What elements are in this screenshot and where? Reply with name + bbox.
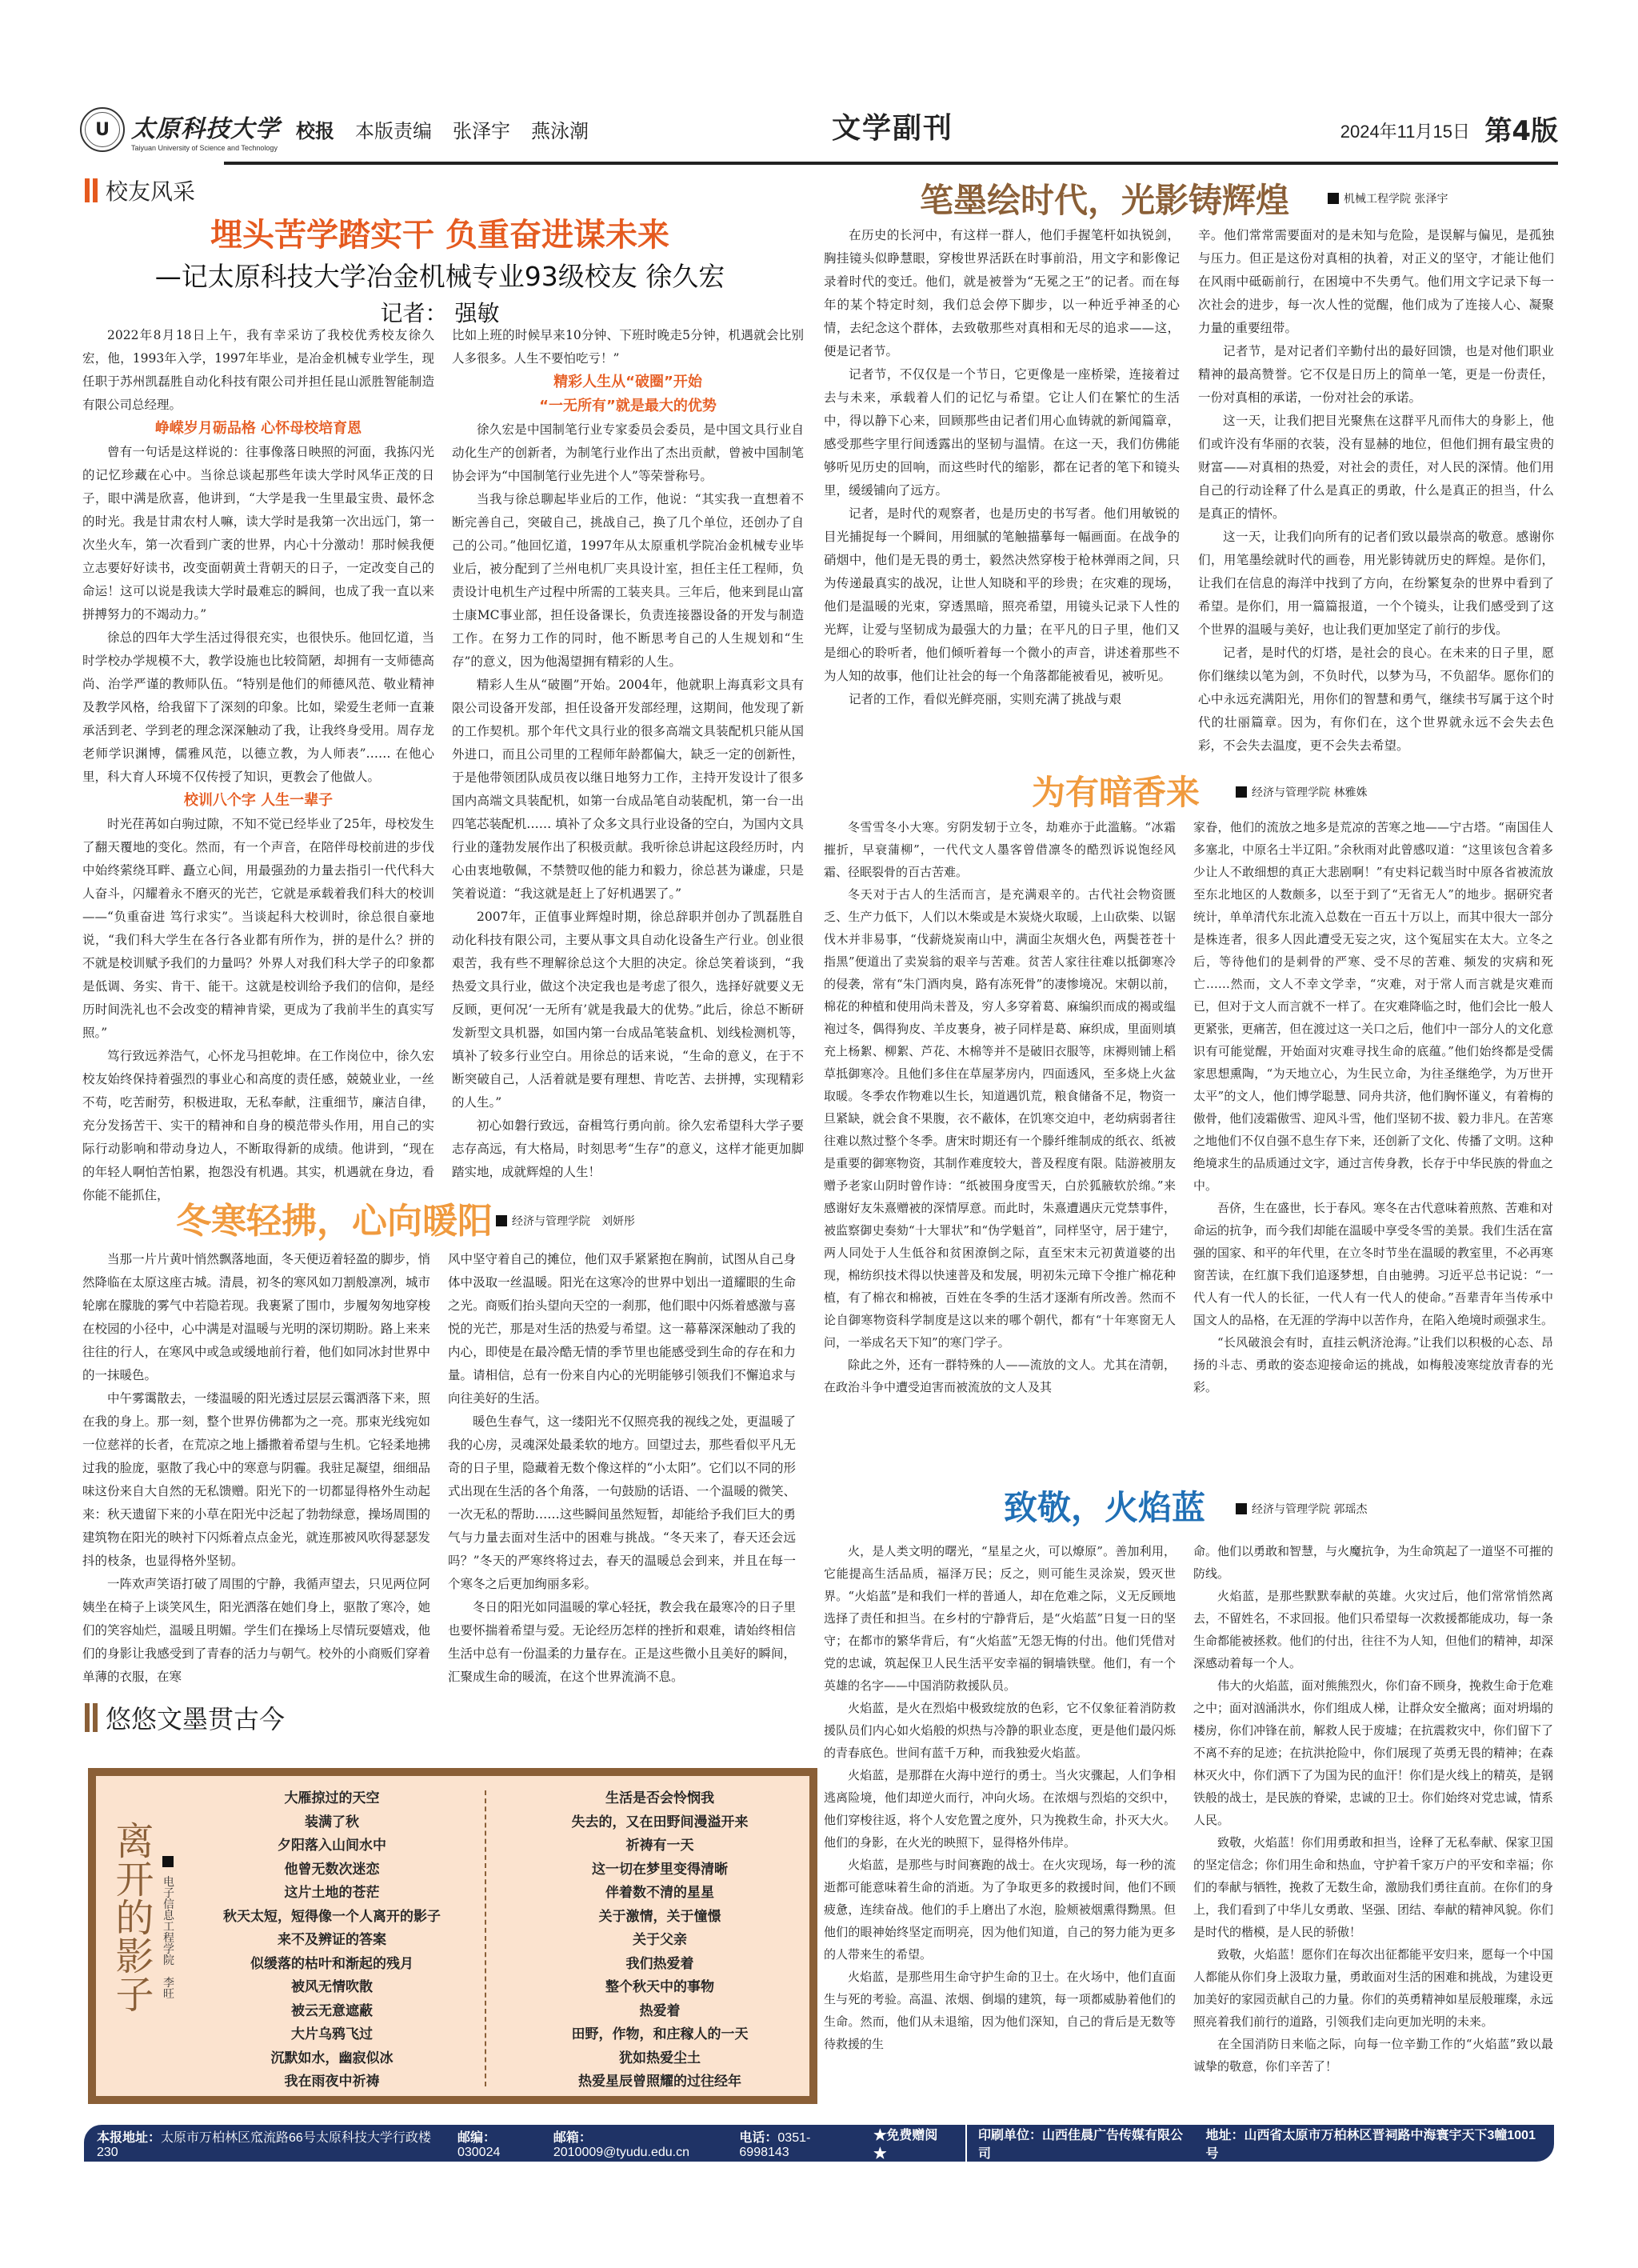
article-paragraph: 中午雾霭散去，一缕温暖的阳光透过层层云霭洒落下来，照在我的身上。那一刻，整个世界…	[82, 1387, 430, 1573]
masthead: U 太原科技大学 Taiyuan University of Science a…	[80, 104, 1558, 168]
article4-byline: 经济与管理学院 林雅姝	[1236, 784, 1367, 800]
poem-line: 他曾无数次迷恋	[184, 1858, 480, 1882]
poem-line: 祈祷有一天	[512, 1834, 808, 1858]
poem-frame: 离开的影子 电子信息工程学院 李旺 大雁掠过的天空装满了秋夕阳落入山间水中他曾无…	[88, 1768, 817, 2104]
article-paragraph: 风中坚守着自己的摊位，他们双手紧紧抱在胸前，试图从自己身体中汲取一丝温暖。阳光在…	[448, 1248, 796, 1410]
article-paragraph: 火，是人类文明的曙光，“星星之火，可以燎原”。善加利用，它能提高生活品质，福泽万…	[824, 1540, 1176, 1697]
footer-free: ★免费赠阅★	[873, 2125, 948, 2162]
poem-panel: 离开的影子 电子信息工程学院 李旺 大雁掠过的天空装满了秋夕阳落入山间水中他曾无…	[96, 1776, 809, 2096]
university-seal-icon: U	[80, 107, 125, 152]
poem-line: 这片土地的苍茫	[184, 1882, 480, 1906]
article-paragraph: 冬日的阳光如同温暖的掌心轻抚，教会我在最寒冷的日子里也要怀揣着希望与爱。无论经历…	[448, 1596, 796, 1689]
article4-column-1: 冬雪雪冬小大寒。穷阴发轫于立冬，劫难亦于此滥觞。“冰霜摧折，早衰蒲柳”，一代代文…	[824, 816, 1176, 1398]
article-subheading: “一无所有”就是最大的优势	[452, 394, 804, 418]
article-paragraph: 当我与徐总聊起毕业后的工作，他说：“其实我一直想着不断完善自己，突破自己，挑战自…	[452, 488, 804, 674]
poem-line: 关于激情，关于憧憬	[512, 1906, 808, 1930]
article-paragraph: 当那一片片黄叶悄然飘落地面，冬天便迈着轻盈的脚步，悄然降临在太原这座古城。清晨，…	[82, 1248, 430, 1387]
article-paragraph: 记者节，是对记者们辛勤付出的最好回馈，也是对他们职业精神的最高赞誉。它不仅是日历…	[1198, 340, 1554, 410]
byline-square-icon	[162, 1856, 174, 1867]
poem-line: 被风无情吹散	[184, 1976, 480, 2000]
article5-title: 致敬，火焰蓝	[1004, 1482, 1205, 1530]
footer-email[interactable]: 邮箱：2010009@tyudu.edu.cn	[553, 2127, 722, 2160]
article-paragraph: 记者，是时代的灯塔，是社会的良心。在未来的日子里，愿你们继续以笔为剑，不负时代，…	[1198, 642, 1554, 758]
issue-date: 2024年11月15日	[1340, 118, 1470, 143]
article4-column-2: 家眷，他们的流放之地多是荒凉的苦寒之地——宁古塔。“南国佳人多塞北，中原名士半辽…	[1193, 816, 1553, 1398]
poem-line: 来不及辨证的答案	[184, 1929, 480, 1953]
article5-column-2: 命。他们以勇敢和智慧，与火魔抗争，为生命筑起了一道坚不可摧的防线。火焰蓝，是那些…	[1193, 1540, 1553, 2078]
article-paragraph: 火焰蓝，是那些与时间赛跑的战士。在火灾现场，每一秒的流逝都可能意味着生命的消逝。…	[824, 1854, 1176, 1966]
article-paragraph: 火焰蓝，是那些默默奉献的英雄。火灾过后，他们常常悄然离去，不留姓名，不求回报。他…	[1193, 1585, 1553, 1674]
poem-line: 整个秋天中的事物	[512, 1976, 808, 2000]
article-paragraph: 2022年8月18日上午，我有幸采访了我校优秀校友徐久宏，他，1993年入学，1…	[82, 324, 434, 417]
poem-line: 秋天太短，短得像一个人离开的影子	[184, 1906, 480, 1930]
poem-line: 这一切在梦里变得清晰	[512, 1858, 808, 1882]
footer-address: 本报地址：太原市万柏林区窊流路66号太原科技大学行政楼230	[97, 2127, 440, 2160]
article-paragraph: 记者的工作，看似光鲜亮丽，实则充满了挑战与艰	[824, 688, 1180, 711]
footer-divider	[965, 2125, 967, 2162]
university-name: 太原科技大学	[131, 109, 280, 144]
article1-column-2: 比如上班的时候早来10分钟、下班时晚走5分钟，机遇就会比别人多很多。人生不要怕吃…	[452, 324, 804, 1184]
section-bars-icon	[85, 178, 98, 202]
article-paragraph: 火焰蓝，是火在烈焰中极致绽放的色彩，它不仅象征着消防救援队员们内心如火焰般的炽热…	[824, 1697, 1176, 1764]
article-paragraph: 致敬，火焰蓝！愿你们在每次出征都能平安归来，愿每一个中国人都能从你们身上汲取力量…	[1193, 1943, 1553, 2033]
section-title: 文学副刊	[832, 106, 953, 146]
poem-line: 失去的，又在田野间漫溢开来	[512, 1811, 808, 1835]
poem-line: 被云无意遮蔽	[184, 2000, 480, 2024]
poem-column-1: 大雁掠过的天空装满了秋夕阳落入山间水中他曾无数次迷恋这片土地的苍茫秋天太短，短得…	[184, 1787, 480, 2094]
section-tag-alumni: 校友风采	[85, 174, 195, 206]
article-paragraph: 吾侪，生在盛世，长于春风。寒冬在古代意味着煎熬、苦难和对命运的抗争，而今我们却能…	[1193, 1197, 1553, 1331]
article1-reporter: 记者： 强敏	[80, 296, 800, 328]
article-paragraph: 记者节，不仅仅是一个节日，它更像是一座桥梁，连接着过去与未来，承载着人们的记忆与…	[824, 363, 1180, 502]
article-paragraph: 辛。他们常常需要面对的是未知与危险，是误解与偏见，是孤独与压力。但正是这份对真相…	[1198, 224, 1554, 340]
footer-postcode: 邮编：030024	[457, 2127, 536, 2160]
article2-column-2: 辛。他们常常需要面对的是未知与危险，是误解与偏见，是孤独与压力。但正是这份对真相…	[1198, 224, 1554, 758]
article-paragraph: 火焰蓝，是那些用生命守护生命的卫士。在火场中，他们直面生与死的考验。高温、浓烟、…	[824, 1966, 1176, 2055]
poem-line: 热爱着	[512, 2000, 808, 2024]
article-paragraph: 家眷，他们的流放之地多是荒凉的苦寒之地——宁古塔。“南国佳人多塞北，中原名士半辽…	[1193, 816, 1553, 1197]
article2-byline: 机械工程学院 张泽宇	[1328, 190, 1448, 206]
article-paragraph: 这一天，让我们向所有的记者们致以最崇高的敬意。感谢你们，用笔墨绘就时代的画卷，用…	[1198, 526, 1554, 642]
poem-line: 大雁掠过的天空	[184, 1787, 480, 1811]
page-number: 第4版	[1484, 109, 1558, 148]
poem-line: 我在雨夜中祈祷	[184, 2070, 480, 2094]
footer-printer-address: 地址：山西省太原市万柏林区晋祠路中海寰宇天下3幢1001号	[1205, 2125, 1536, 2162]
section-tag-poetry: 悠悠文墨贯古今	[85, 1699, 285, 1736]
article-paragraph: 暖色生春气，这一缕阳光不仅照亮我的视线之处，更温暖了我的心房，灵魂深处最柔软的地…	[448, 1410, 796, 1596]
article-paragraph: 笃行致远养浩气，心怀龙马担乾坤。在工作岗位中，徐久宏校友始终保持着强烈的事业心和…	[82, 1045, 434, 1207]
article-paragraph: 除此之外，还有一群特殊的人——流放的文人。尤其在清朝，在政治斗争中遭受迫害而被流…	[824, 1354, 1176, 1398]
article-paragraph: 冬天对于古人的生活而言，是充满艰辛的。古代社会物资匮乏、生产力低下，人们以木柴或…	[824, 883, 1176, 1354]
article-paragraph: 致敬，火焰蓝！你们用勇敢和担当，诠释了无私奉献、保家卫国的坚定信念；你们用生命和…	[1193, 1831, 1553, 1943]
poem-column-2: 生活是否会怜悯我失去的，又在田野间漫溢开来祈祷有一天这一切在梦里变得清晰伴着数不…	[512, 1787, 808, 2094]
poem-line: 生活是否会怜悯我	[512, 1787, 808, 1811]
article-paragraph: 一阵欢声笑语打破了周围的宁静，我循声望去，只见两位阿姨坐在椅子上谈笑风生，阳光洒…	[82, 1573, 430, 1689]
paper-name: 校报	[296, 115, 334, 143]
article-paragraph: 徐久宏是中国制笔行业专家委员会委员，是中国文具行业自动化生产的创新者，为制笔行业…	[452, 418, 804, 488]
footer-bar: 本报地址：太原市万柏林区窊流路66号太原科技大学行政楼230 邮编：030024…	[84, 2125, 1554, 2162]
editor-label: 本版责编	[355, 115, 432, 143]
article-subheading: 校训八个字 人生一辈子	[82, 789, 434, 813]
byline-square-icon	[496, 1215, 507, 1226]
article1-title: 埋头苦学踏实干 负重奋进谋未来	[80, 210, 800, 255]
article-paragraph: 这一天，让我们把目光聚焦在这群平凡而伟大的身影上，他们或许没有华丽的衣装，没有显…	[1198, 410, 1554, 526]
section-bars-icon	[85, 1703, 98, 1732]
poem-title: 离开的影子	[110, 1821, 158, 2013]
article-paragraph: 记者，是时代的观察者，也是历史的书写者。他们用敏锐的目光捕捉每一个瞬间，用细腻的…	[824, 502, 1180, 688]
article-paragraph: 伟大的火焰蓝，面对熊熊烈火，你们奋不顾身，挽救生命于危难之中；面对汹涌洪水，你们…	[1193, 1674, 1553, 1831]
editor-name: 燕泳潮	[531, 115, 589, 143]
article-paragraph: 冬雪雪冬小大寒。穷阴发轫于立冬，劫难亦于此滥觞。“冰霜摧折，早衰蒲柳”，一代代文…	[824, 816, 1176, 883]
article-subheading: 峥嵘岁月砺品格 心怀母校培育恩	[82, 417, 434, 441]
poem-line: 伴着数不清的星星	[512, 1882, 808, 1906]
article1-column-1: 2022年8月18日上午，我有幸采访了我校优秀校友徐久宏，他，1993年入学，1…	[82, 324, 434, 1207]
poem-line: 关于父亲	[512, 1929, 808, 1953]
article-paragraph: 徐总的四年大学生活过得很充实，也很快乐。他回忆道，当时学校办学规模不大，教学设施…	[82, 626, 434, 789]
article2-title: 笔墨绘时代，光影铸辉煌	[920, 174, 1289, 222]
article1-subtitle: —记太原科技大学冶金机械专业93级校友 徐久宏	[80, 256, 800, 294]
article5-byline: 经济与管理学院 郭瑶杰	[1236, 1501, 1367, 1517]
section-tag-label: 悠悠文墨贯古今	[106, 1699, 285, 1736]
article-paragraph: 在全国消防日来临之际，向每一位辛勤工作的“火焰蓝”致以最诚挚的敬意，你们辛苦了！	[1193, 2033, 1553, 2078]
poem-line: 热爱星辰曾照耀的过往经年	[512, 2070, 808, 2094]
article-paragraph: 在历史的长河中，有这样一群人，他们手握笔杆如执锐剑，胸挂镜头似睁慧眼，穿梭世界活…	[824, 224, 1180, 363]
article-paragraph: “长风破浪会有时，直挂云帆济沧海。”让我们以积极的心态、昂扬的斗志、勇敢的姿态迎…	[1193, 1331, 1553, 1398]
university-name-en: Taiyuan University of Science and Techno…	[131, 144, 278, 152]
article-paragraph: 比如上班的时候早来10分钟、下班时晚走5分钟，机遇就会比别人多很多。人生不要怕吃…	[452, 324, 804, 370]
section-tag-label: 校友风采	[106, 174, 195, 206]
poem-line: 装满了秋	[184, 1811, 480, 1835]
article4-title: 为有暗香来	[1032, 766, 1200, 814]
article5-column-1: 火，是人类文明的曙光，“星星之火，可以燎原”。善加利用，它能提高生活品质，福泽万…	[824, 1540, 1176, 2055]
article3-column-2: 风中坚守着自己的摊位，他们双手紧紧抱在胸前，试图从自己身体中汲取一丝温暖。阳光在…	[448, 1248, 796, 1689]
article-paragraph: 精彩人生从“破圈”开始。2004年，他就职上海真彩文具有限公司设备开发部，担任设…	[452, 674, 804, 906]
article2-column-1: 在历史的长河中，有这样一群人，他们手握笔杆如执锐剑，胸挂镜头似睁慧眼，穿梭世界活…	[824, 224, 1180, 711]
article-subheading: 精彩人生从“破圈”开始	[452, 370, 804, 394]
article-paragraph: 曾有一句话是这样说的：往事像落日映照的河面，我拣闪光的记忆珍藏在心中。当徐总谈起…	[82, 441, 434, 626]
article3-title: 冬寒轻拂，心向暖阳	[176, 1192, 493, 1243]
footer-phone: 电话：0351-6998143	[739, 2127, 856, 2160]
article3-column-1: 当那一片片黄叶悄然飘落地面，冬天便迈着轻盈的脚步，悄然降临在太原这座古城。清晨，…	[82, 1248, 430, 1689]
byline-square-icon	[1236, 1503, 1247, 1514]
editor-name: 张泽宇	[453, 115, 510, 143]
article-paragraph: 火焰蓝，是那群在火海中逆行的勇士。当火灾骤起，人们争相逃离险境，他们却逆火而行，…	[824, 1764, 1176, 1854]
editor-info: 校报 本版责编 张泽宇 燕泳潮	[296, 115, 589, 143]
poem-line: 似缓落的枯叶和渐起的残月	[184, 1953, 480, 1977]
poem-line: 犹如热爱尘土	[512, 2047, 808, 2071]
byline-square-icon	[1328, 193, 1339, 204]
poem-line: 田野，作物，和庄稼人的一天	[512, 2023, 808, 2047]
article-paragraph: 命。他们以勇敢和智慧，与火魔抗争，为生命筑起了一道坚不可摧的防线。	[1193, 1540, 1553, 1585]
poem-line: 沉默如水，幽寂似冰	[184, 2047, 480, 2071]
poem-author: 电子信息工程学院 李旺	[160, 1856, 176, 1998]
poem-divider	[485, 1790, 486, 2086]
article-paragraph: 2007年，正值事业辉煌时期，徐总辞职并创办了凯磊胜自动化科技有限公司，主要从事…	[452, 906, 804, 1114]
byline-square-icon	[1236, 786, 1247, 798]
poem-line: 大片乌鸦飞过	[184, 2023, 480, 2047]
footer-printer: 印刷单位：山西佳晨广告传媒有限公司	[978, 2125, 1189, 2162]
article-paragraph: 初心如磐行致远，奋楫笃行勇向前。徐久宏希望科大学子要志存高远，有大格局，时刻思考…	[452, 1114, 804, 1184]
poem-line: 夕阳落入山间水中	[184, 1834, 480, 1858]
masthead-rule	[224, 162, 1558, 165]
poem-line: 我们热爱着	[512, 1953, 808, 1977]
article-paragraph: 时光荏苒如白驹过隙，不知不觉已经毕业了25年，母校发生了翻天覆地的变化。然而，有…	[82, 813, 434, 1045]
article3-byline: 经济与管理学院 刘妍彤	[496, 1213, 635, 1229]
